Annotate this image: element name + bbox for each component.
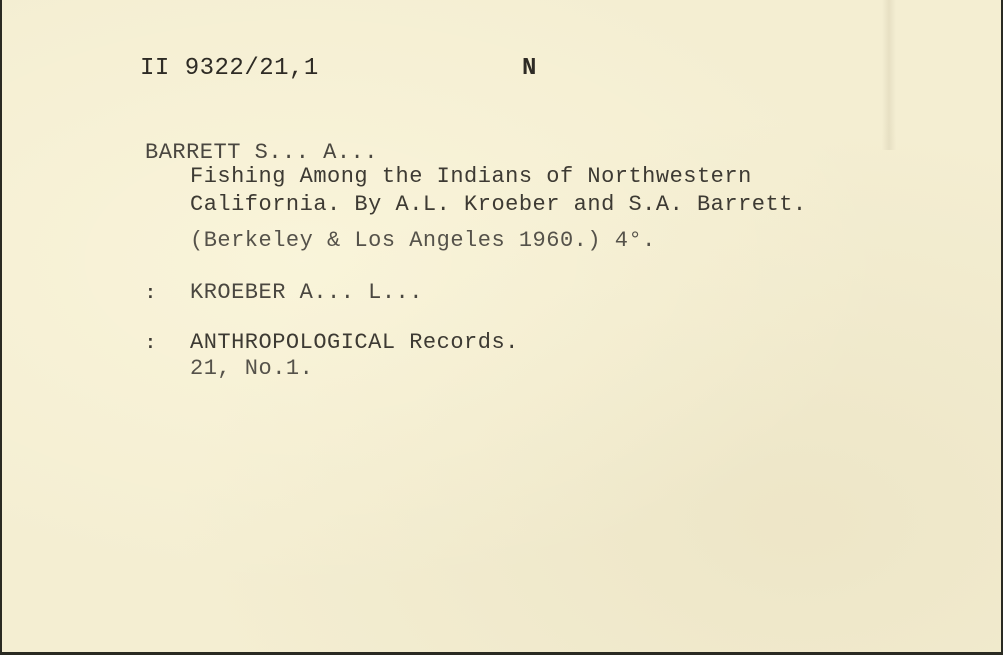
added-entry-series-volume: 21, No.1.	[190, 356, 313, 381]
added-entry-kroeber: KROEBER A... L...	[190, 280, 423, 305]
catalog-card: II 9322/21,1 N BARRETT S... A... Fishing…	[2, 0, 1001, 652]
card-crease	[882, 0, 896, 150]
added-entry-series: ANTHROPOLOGICAL Records.	[190, 330, 519, 355]
main-heading: BARRETT S... A...	[145, 140, 378, 165]
title-line-2: California. By A.L. Kroeber and S.A. Bar…	[190, 192, 807, 217]
added-entry-marker: :	[145, 334, 156, 354]
location-mark: N	[522, 55, 537, 82]
imprint: (Berkeley & Los Angeles 1960.) 4°.	[190, 228, 656, 253]
added-entry-marker: :	[145, 284, 156, 304]
shelfmark: II 9322/21,1	[140, 55, 319, 82]
title-line-1: Fishing Among the Indians of Northwester…	[190, 164, 752, 189]
